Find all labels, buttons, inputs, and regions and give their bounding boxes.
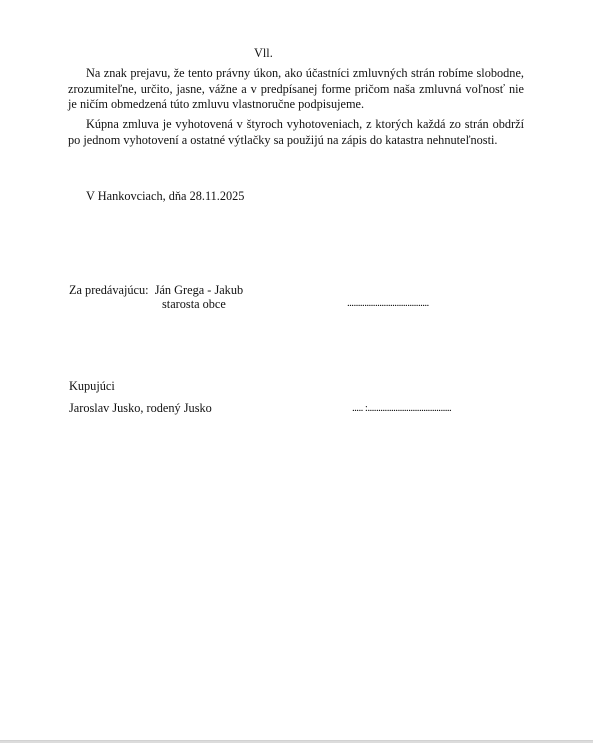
document-page: Vll. Na znak prejavu, že tento právny úk…: [0, 0, 593, 740]
buyer-signature-line: ..... :.................................…: [352, 401, 451, 417]
place-and-date: V Hankovciach, dňa 28.11.2025: [86, 189, 244, 205]
paragraph-copies: Kúpna zmluva je vyhotovená v štyroch vyh…: [68, 117, 524, 148]
paragraph-signing-declaration: Na znak prejavu, že tento právny úkon, a…: [68, 66, 524, 113]
document-viewer: Vll. Na znak prejavu, že tento právny úk…: [0, 0, 593, 743]
seller-role: starosta obce: [162, 297, 226, 313]
seller-signature-line: ......................................: [347, 296, 429, 312]
section-heading: Vll.: [254, 46, 273, 62]
buyer-name: Jaroslav Jusko, rodený Jusko: [69, 401, 212, 417]
buyer-label: Kupujúci: [69, 379, 115, 395]
